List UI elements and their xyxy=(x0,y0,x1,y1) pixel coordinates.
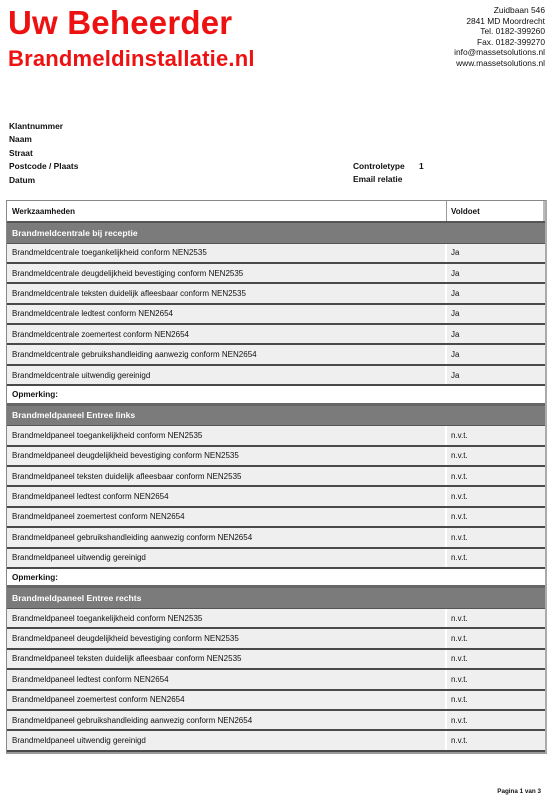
company-address: Zuidbaan 546 2841 MD Moordrecht Tel. 018… xyxy=(454,5,545,69)
table-row: Brandmeldcentrale zoemertest conform NEN… xyxy=(7,325,545,345)
result-cell: n.v.t. xyxy=(447,670,545,688)
task-cell: Brandmeldcentrale uitwendig gereinigd xyxy=(7,366,447,384)
table-row: Brandmeldcentrale toegankelijkheid confo… xyxy=(7,244,545,264)
field-klantnummer: Klantnummer xyxy=(9,120,78,133)
field-datum: Datum xyxy=(9,174,78,187)
address-street: Zuidbaan 546 xyxy=(454,5,545,16)
task-cell: Brandmeldcentrale gebruikshandleiding aa… xyxy=(7,345,447,363)
table-row: Brandmeldpaneel ledtest conform NEN2654n… xyxy=(7,670,545,690)
task-cell: Brandmeldcentrale deugdelijkheid bevesti… xyxy=(7,264,447,282)
task-cell: Brandmeldcentrale teksten duidelijk afle… xyxy=(7,284,447,302)
section-header: Brandmeldpaneel Entree rechts xyxy=(7,588,545,609)
table-row: Brandmeldpaneel gebruikshandleiding aanw… xyxy=(7,528,545,548)
task-cell: Brandmeldpaneel deugdelijkheid bevestigi… xyxy=(7,447,447,465)
client-details: Klantnummer Naam Straat Postcode / Plaat… xyxy=(9,120,78,187)
table-row: Brandmeldpaneel deugdelijkheid bevestigi… xyxy=(7,447,545,467)
task-cell: Brandmeldpaneel gebruikshandleiding aanw… xyxy=(7,528,447,546)
table-row: Brandmeldpaneel teksten duidelijk aflees… xyxy=(7,650,545,670)
table-row: Brandmeldcentrale teksten duidelijk afle… xyxy=(7,284,545,304)
result-cell: Ja xyxy=(447,264,545,282)
task-cell: Brandmeldpaneel gebruikshandleiding aanw… xyxy=(7,711,447,729)
task-cell: Brandmeldpaneel toegankelijkheid conform… xyxy=(7,609,447,627)
table-row: Brandmeldcentrale deugdelijkheid bevesti… xyxy=(7,264,545,284)
task-cell: Brandmeldpaneel ledtest conform NEN2654 xyxy=(7,670,447,688)
table-row: Brandmeldcentrale uitwendig gereinigdJa xyxy=(7,366,545,386)
result-cell: n.v.t. xyxy=(447,629,545,647)
table-row: Brandmeldpaneel toegankelijkheid conform… xyxy=(7,426,545,446)
task-cell: Brandmeldpaneel uitwendig gereinigd xyxy=(7,731,447,749)
result-cell: n.v.t. xyxy=(447,447,545,465)
address-city: 2841 MD Moordrecht xyxy=(454,16,545,27)
task-cell: Brandmeldpaneel uitwendig gereinigd xyxy=(7,549,447,567)
page-number: Pagina 1 van 3 xyxy=(497,788,541,795)
address-phone: Tel. 0182-399260 xyxy=(454,26,545,37)
table-row: Brandmeldpaneel uitwendig gereinigdn.v.t… xyxy=(7,731,545,751)
table-row: Brandmeldpaneel ledtest conform NEN2654n… xyxy=(7,487,545,507)
task-cell: Brandmeldcentrale zoemertest conform NEN… xyxy=(7,325,447,343)
result-cell: Ja xyxy=(447,305,545,323)
result-cell: n.v.t. xyxy=(447,650,545,668)
result-cell: Ja xyxy=(447,325,545,343)
task-cell: Brandmeldpaneel zoemertest conform NEN26… xyxy=(7,508,447,526)
table-body: Brandmeldcentrale bij receptieBrandmeldc… xyxy=(7,223,545,752)
field-straat: Straat xyxy=(9,147,78,160)
field-email-relatie-label: Email relatie xyxy=(353,173,419,186)
result-cell: n.v.t. xyxy=(447,731,545,749)
table-row: Brandmeldpaneel zoemertest conform NEN26… xyxy=(7,508,545,528)
result-cell: Ja xyxy=(447,366,545,384)
company-subtitle: Brandmeldinstallatie.nl xyxy=(8,46,255,72)
result-cell: n.v.t. xyxy=(447,609,545,627)
result-cell: Ja xyxy=(447,284,545,302)
column-header-voldoet: Voldoet xyxy=(447,201,545,221)
company-title: Uw Beheerder xyxy=(8,4,232,42)
result-cell: n.v.t. xyxy=(447,487,545,505)
section-header: Brandmeldpaneel Entree links xyxy=(7,406,545,427)
task-cell: Brandmeldcentrale toegankelijkheid confo… xyxy=(7,244,447,262)
result-cell: Ja xyxy=(447,244,545,262)
result-cell: n.v.t. xyxy=(447,528,545,546)
table-row: Brandmeldpaneel gebruikshandleiding aanw… xyxy=(7,711,545,731)
task-cell: Brandmeldcentrale ledtest conform NEN265… xyxy=(7,305,447,323)
address-fax: Fax. 0182-399270 xyxy=(454,37,545,48)
result-cell: n.v.t. xyxy=(447,549,545,567)
field-postcode-plaats: Postcode / Plaats xyxy=(9,160,78,173)
field-naam: Naam xyxy=(9,133,78,146)
remark-row: Opmerking: xyxy=(7,569,545,589)
column-header-werkzaamheden: Werkzaamheden xyxy=(7,201,447,221)
table-row: Brandmeldpaneel uitwendig gereinigdn.v.t… xyxy=(7,549,545,569)
result-cell: n.v.t. xyxy=(447,691,545,709)
task-cell: Brandmeldpaneel teksten duidelijk aflees… xyxy=(7,650,447,668)
table-header: Werkzaamheden Voldoet xyxy=(7,201,545,223)
task-cell: Brandmeldpaneel teksten duidelijk aflees… xyxy=(7,467,447,485)
field-controletype-label: Controletype xyxy=(353,160,419,173)
result-cell: n.v.t. xyxy=(447,508,545,526)
section-header: Brandmeldcentrale bij receptie xyxy=(7,223,545,244)
result-cell: n.v.t. xyxy=(447,711,545,729)
task-cell: Brandmeldpaneel ledtest conform NEN2654 xyxy=(7,487,447,505)
table-row: Brandmeldpaneel teksten duidelijk aflees… xyxy=(7,467,545,487)
result-cell: n.v.t. xyxy=(447,426,545,444)
result-cell: Ja xyxy=(447,345,545,363)
field-controletype-value: 1 xyxy=(419,160,424,173)
address-website: www.massetsolutions.nl xyxy=(454,58,545,69)
task-cell: Brandmeldpaneel zoemertest conform NEN26… xyxy=(7,691,447,709)
table-row: Brandmeldcentrale gebruikshandleiding aa… xyxy=(7,345,545,365)
table-row: Brandmeldpaneel deugdelijkheid bevestigi… xyxy=(7,629,545,649)
remark-row: Opmerking: xyxy=(7,386,545,406)
task-cell: Brandmeldpaneel deugdelijkheid bevestigi… xyxy=(7,629,447,647)
result-cell: n.v.t. xyxy=(447,467,545,485)
task-cell: Brandmeldpaneel toegankelijkheid conform… xyxy=(7,426,447,444)
table-row: Brandmeldpaneel toegankelijkheid conform… xyxy=(7,609,545,629)
address-email: info@massetsolutions.nl xyxy=(454,47,545,58)
table-row: Brandmeldcentrale ledtest conform NEN265… xyxy=(7,305,545,325)
table-row: Brandmeldpaneel zoemertest conform NEN26… xyxy=(7,691,545,711)
client-details-right: Controletype 1 Email relatie xyxy=(353,160,424,187)
inspection-table: Werkzaamheden Voldoet Brandmeldcentrale … xyxy=(6,200,547,754)
